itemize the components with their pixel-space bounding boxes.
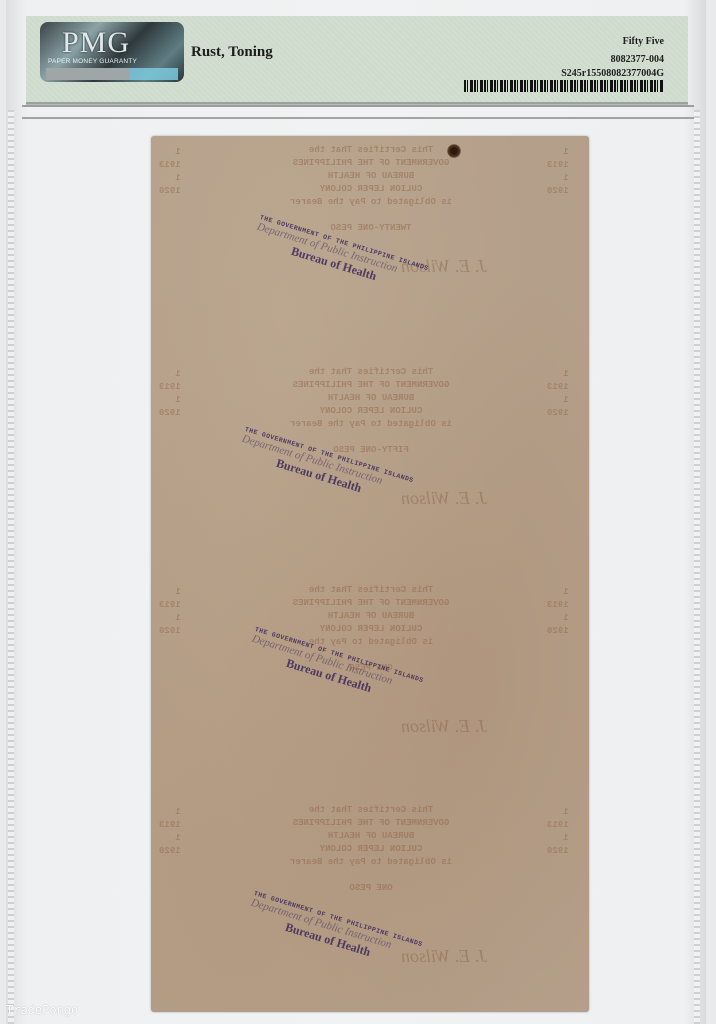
hologram-strip-gray (46, 68, 130, 80)
hologram-strip-blue (130, 68, 178, 80)
serial-code: S245r15508082377004G (561, 68, 664, 79)
bleed-through-side-left: 1191311920 (159, 368, 181, 420)
pmg-logo-text: PMG (62, 26, 130, 60)
grading-label: PMG PAPER MONEY GUARANTY Rust, Toning Fi… (26, 16, 688, 104)
bleed-through-side-right: 1191311920 (547, 586, 569, 638)
note-section: This Certifies That the GOVERNMENT OF TH… (151, 358, 589, 558)
pmg-hologram-logo: PMG PAPER MONEY GUARANTY (40, 22, 184, 82)
holder-edge-left (8, 110, 14, 1024)
bleed-through-side-right: 1191311920 (547, 368, 569, 420)
holder-edge-right (694, 110, 700, 1024)
bleed-through-side-right: 1191311920 (547, 806, 569, 858)
barcode (464, 80, 664, 92)
bleed-through-side-right: 1191311920 (547, 146, 569, 198)
bleed-through-text: This Certifies That the GOVERNMENT OF TH… (241, 804, 501, 895)
cert-number: 8082377-004 (611, 54, 664, 65)
banknote-reverse: This Certifies That the GOVERNMENT OF TH… (151, 136, 589, 1012)
bleed-through-side-left: 1191311920 (159, 146, 181, 198)
note-section: This Certifies That the GOVERNMENT OF TH… (151, 136, 589, 336)
note-section: This Certifies That the GOVERNMENT OF TH… (151, 576, 589, 776)
watermark-text: TradePongo (6, 1003, 78, 1017)
grade-text: Fifty Five (623, 36, 664, 47)
bleed-through-side-left: 1191311920 (159, 586, 181, 638)
label-rail (22, 117, 694, 119)
bleed-through-side-left: 1191311920 (159, 806, 181, 858)
label-comments: Rust, Toning (191, 44, 273, 61)
label-rail (22, 105, 694, 107)
bureau-of-health-stamp: THE GOVERNMENT OF THE PHILIPPINE ISLANDS… (245, 890, 484, 993)
note-section: This Certifies That the GOVERNMENT OF TH… (151, 796, 589, 996)
pmg-logo-subtitle: PAPER MONEY GUARANTY (48, 58, 137, 65)
